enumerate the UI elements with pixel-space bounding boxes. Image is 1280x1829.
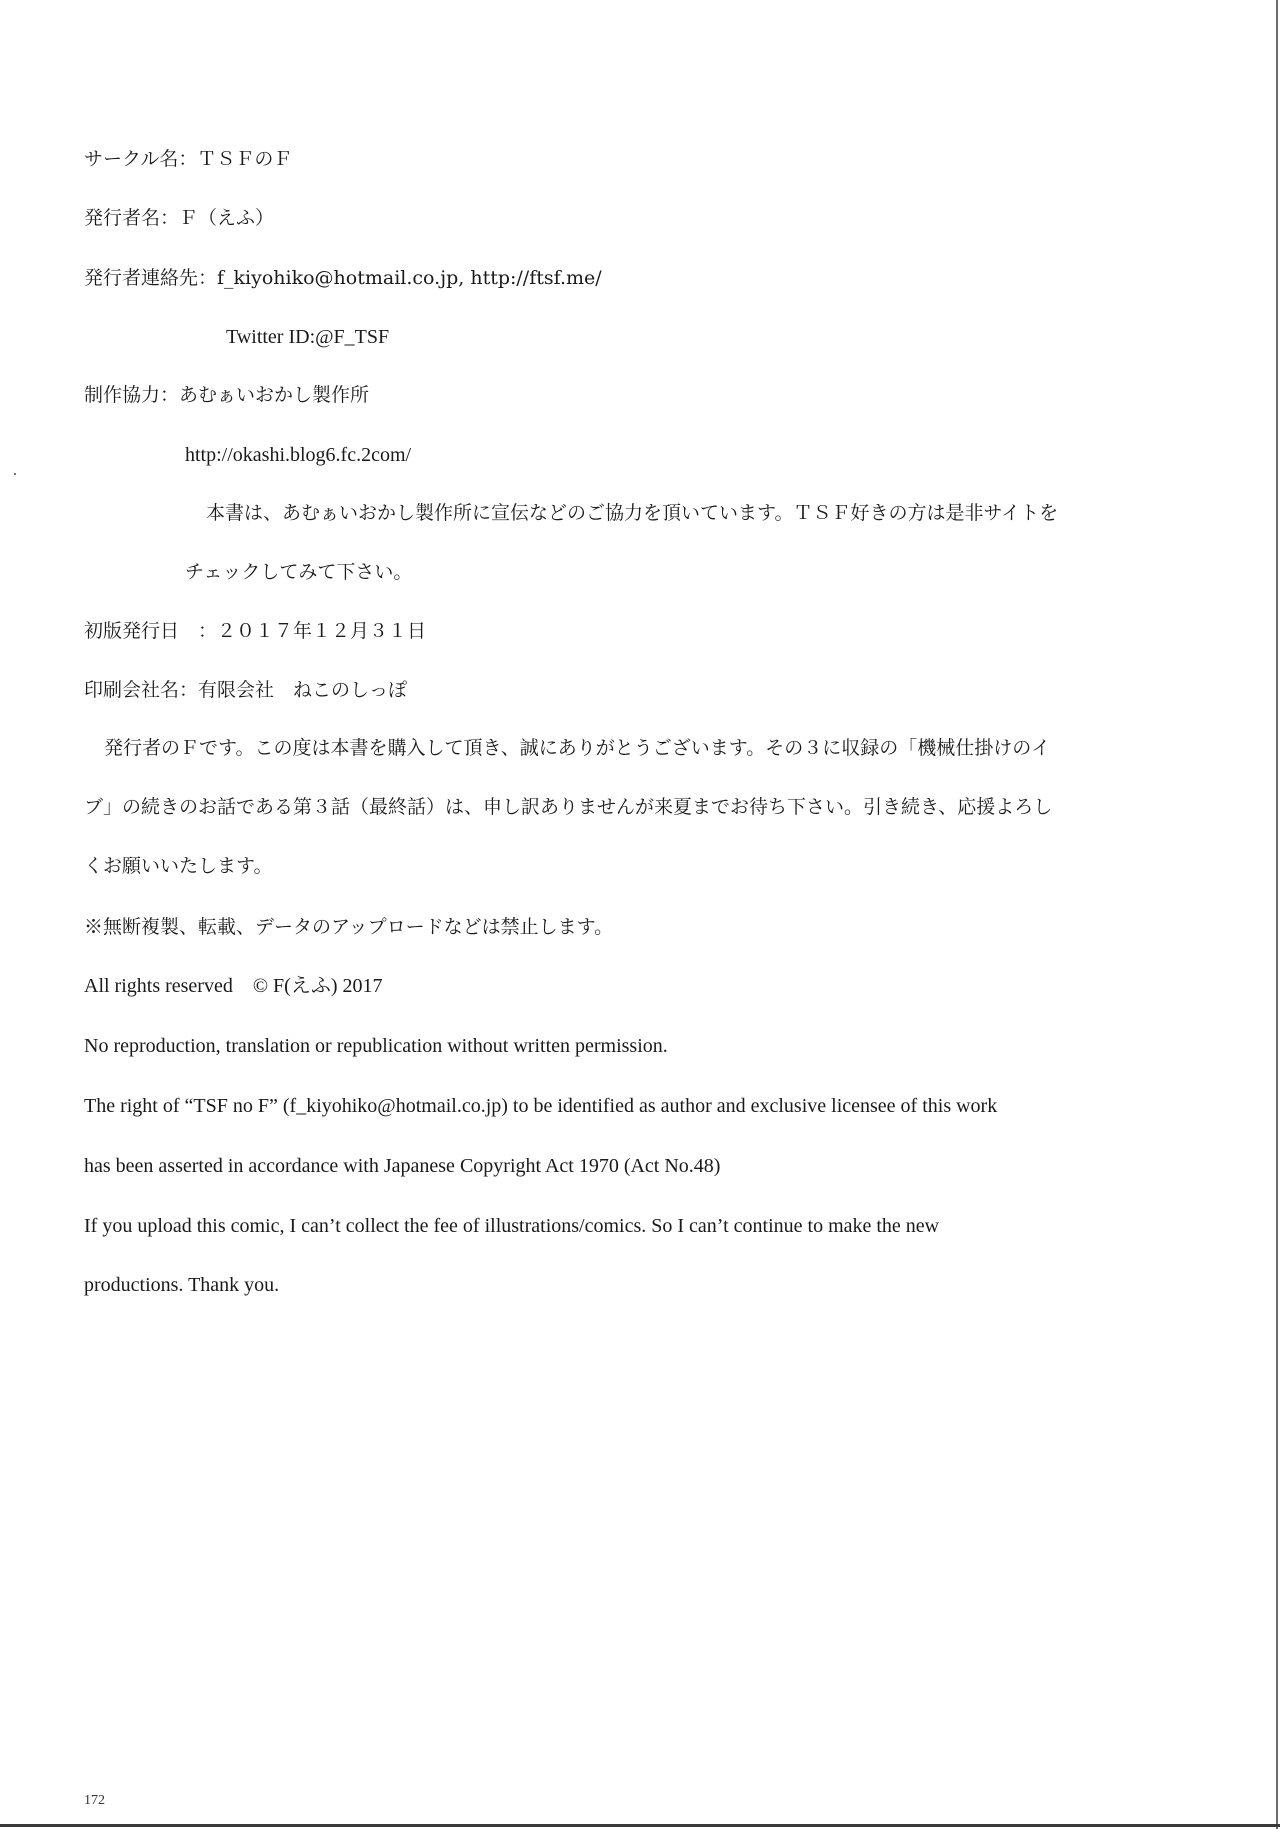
publisher-name: 発行者名：Ｆ（えふ） [84, 206, 274, 230]
production-cooperation: 制作協力：あむぁいおかし製作所 [84, 383, 369, 407]
page-number: 172 [84, 1793, 105, 1809]
afterword-line-1: 発行者のＦです。この度は本書を購入して頂き、誠にありがとうございます。その３に収… [104, 736, 1050, 760]
afterword-line-3: くお願いいたします。 [84, 854, 272, 878]
stray-mark [14, 473, 16, 475]
no-reproduction: No reproduction, translation or republic… [84, 1034, 668, 1058]
cooperation-note-line-2: チェックしてみて下さい。 [185, 560, 412, 584]
afterword-line-2: ブ」の続きのお話である第３話（最終話）は、申し訳ありませんが来夏までお待ち下さい… [84, 795, 1052, 819]
right-of-author-line-2: has been asserted in accordance with Jap… [84, 1154, 720, 1178]
upload-notice-line-1: If you upload this comic, I can’t collec… [84, 1214, 939, 1238]
page-border-right [1276, 0, 1278, 1829]
first-edition-date: 初版発行日 ：２０１７年１２月３１日 [84, 619, 426, 643]
printing-company: 印刷会社名：有限会社 ねこのしっぽ [84, 678, 407, 702]
twitter-id: Twitter ID:@F_TSF [226, 325, 389, 349]
all-rights-reserved: All rights reserved © F(えふ) 2017 [84, 974, 383, 998]
upload-notice-line-2: productions. Thank you. [84, 1273, 279, 1297]
cooperation-note-line-1: 本書は、あむぁいおかし製作所に宣伝などのご協力を頂いています。ＴＳＦ好きの方は是… [206, 501, 1058, 525]
circle-name: サークル名：ＴＳＦのＦ [84, 147, 292, 171]
cooperation-url: http://okashi.blog6.fc.2com/ [185, 443, 411, 467]
right-of-author-line-1: The right of “TSF no F” (f_kiyohiko@hotm… [84, 1094, 997, 1118]
prohibition-notice: ※無断複製、転載、データのアップロードなどは禁止します。 [84, 915, 613, 939]
publisher-contact: 発行者連絡先：f_kiyohiko@hotmail.co.jp, http://… [84, 266, 602, 290]
page-border-bottom [0, 1824, 1280, 1827]
